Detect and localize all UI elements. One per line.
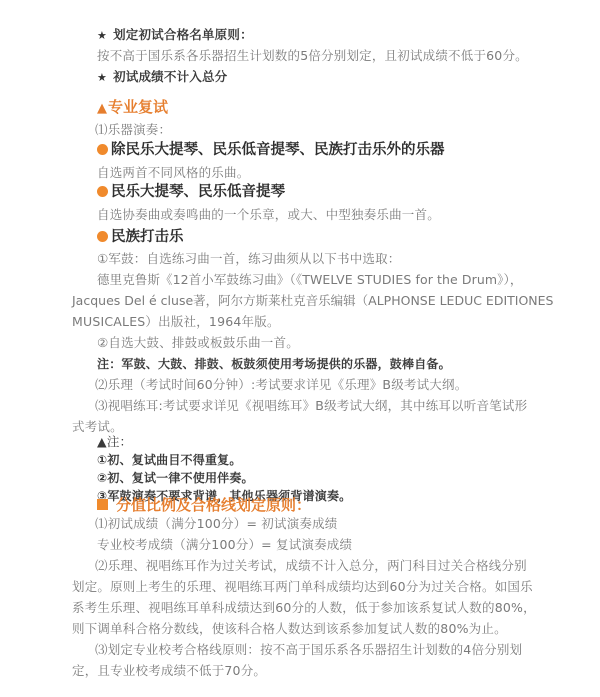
note-1: ①初、复试曲目不得重复。: [97, 451, 242, 469]
percussion-line-2: 德里克鲁斯《12首小军鼓练习曲》（《TWELVE STUDIES for the…: [97, 271, 522, 289]
note-2: ②初、复试一律不使用伴奏。: [97, 469, 254, 487]
initial-rule-heading: ★划定初试合格名单原则：: [97, 26, 253, 45]
triangle-icon: ▲: [97, 101, 107, 116]
section-title-scoring: 分值比例及合格线划定原则：: [97, 495, 311, 515]
bullet-dot-icon: [97, 186, 108, 197]
group-title-3: 民族打击乐: [97, 227, 184, 247]
scoring-item2-line4: 则下调单科合格分数线，使该科合格人数达到该系参加复试人数的80%为止。: [72, 620, 507, 638]
group-title-2: 民乐大提琴、民乐低音提琴: [97, 182, 285, 202]
retest-item2: ⑵乐理（考试时间60分钟）:考试要求详见《乐理》B级考试大纲。: [95, 376, 467, 394]
section-title-retest: ▲专业复试: [97, 97, 168, 119]
square-bullet-icon: [97, 499, 108, 510]
star-icon: ★: [97, 29, 107, 42]
group-title-1: 除民乐大提琴、民乐低音提琴、民族打击乐外的乐器: [97, 140, 445, 160]
star-icon: ★: [97, 71, 107, 84]
bullet-dot-icon: [97, 231, 108, 242]
scoring-item2-line3: 系考生乐理、视唱练耳单科成绩达到60分的人数，低于参加该系复试人数的80%，: [72, 599, 536, 617]
percussion-line-4: MUSICALES）出版社，1964年版。: [72, 313, 280, 331]
initial-note: ★初试成绩不计入总分: [97, 68, 227, 87]
group-text-2: 自选协奏曲或奏鸣曲的一个乐章，或大、中型独奏乐曲一首。: [97, 206, 440, 224]
percussion-line-3: Jacques Del é cluse著，阿尔方斯莱杜克音乐编辑（ALPHONS…: [72, 292, 554, 310]
initial-rule-text: 按不高于国乐系各乐器招生计划数的5倍分别划定，且初试成绩不低于60分。: [97, 47, 528, 65]
scoring-item2-line2: 划定。原则上考生的乐理、视唱练耳两门单科成绩均达到60分为过关合格。如国乐: [72, 578, 533, 596]
percussion-note: 注：军鼓、大鼓、排鼓、板鼓须使用考场提供的乐器，鼓棒自备。: [97, 355, 451, 373]
percussion-line-5: ②自选大鼓、排鼓或板鼓乐曲一首。: [97, 334, 299, 352]
notes-title: ▲注：: [97, 433, 132, 451]
percussion-line-1: ①军鼓：自选练习曲一首，练习曲须从以下书中选取：: [97, 250, 401, 268]
scoring-line-2: 专业校考成绩（满分100分）= 复试演奏成绩: [97, 536, 352, 554]
scoring-item3-line2: 定，且专业校考成绩不低于70分。: [72, 662, 266, 680]
scoring-item2-line1: ⑵乐理、视唱练耳作为过关考试，成绩不计入总分，两门科目过关合格线分别: [95, 557, 527, 575]
document-page: ★划定初试合格名单原则： 按不高于国乐系各乐器招生计划数的5倍分别划定，且初试成…: [0, 0, 600, 697]
scoring-item3-line1: ⑶划定专业校考合格线原则：按不高于国乐系各乐器招生计划数的4倍分别划: [95, 641, 522, 659]
bullet-dot-icon: [97, 144, 108, 155]
group-text-1: 自选两首不同风格的乐曲。: [97, 164, 249, 182]
scoring-line-1: ⑴初试成绩（满分100分）= 初试演奏成绩: [95, 515, 338, 533]
retest-item3-line1: ⑶视唱练耳:考试要求详见《视唱练耳》B级考试大纲，其中练耳以听音笔试形: [95, 397, 527, 415]
retest-item1-label: ⑴乐器演奏：: [95, 121, 171, 139]
